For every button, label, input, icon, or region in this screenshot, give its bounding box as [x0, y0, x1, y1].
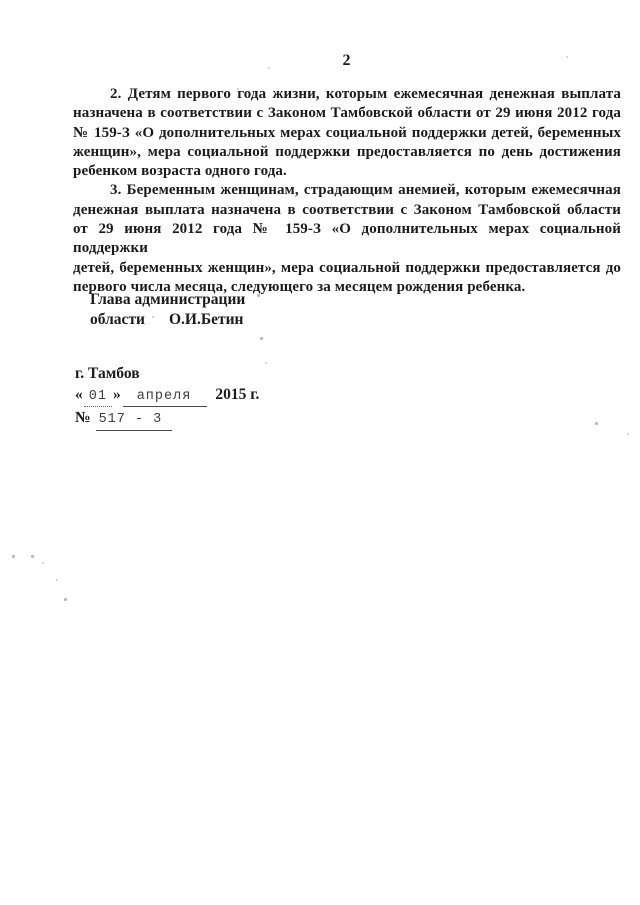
scan-speck — [595, 422, 598, 425]
scan-speck — [260, 337, 263, 340]
close-guillemet: » — [113, 386, 121, 403]
number-sign: № — [75, 409, 91, 426]
text-line: женщин», мера социальной поддержки предо… — [73, 143, 621, 162]
paragraph-3: 3. Беременным женщинам, страдающим анеми… — [73, 181, 621, 297]
scan-speck — [257, 294, 260, 297]
page-number: 2 — [73, 52, 621, 70]
issue-date-line: «01»апреля2015 г. — [75, 385, 259, 408]
document-body: 2. Детям первого года жизни, которым еже… — [73, 85, 621, 297]
scan-speck — [42, 562, 44, 564]
issue-year: 2015 г. — [215, 386, 259, 403]
text-line: 2. Детям первого года жизни, которым еже… — [73, 85, 621, 104]
issue-day-typed: 01 — [84, 387, 112, 408]
text-line: от 29 июня 2012 года № 159-З «О дополнит… — [73, 220, 621, 259]
scan-speck — [627, 433, 629, 435]
issue-city: г. Тамбов — [75, 364, 259, 384]
paragraph-2: 2. Детям первого года жизни, которым еже… — [73, 85, 621, 181]
issue-number-typed: 517 - 3 — [96, 410, 173, 431]
scan-speck — [12, 555, 15, 558]
scan-speck — [152, 316, 154, 318]
scan-speck — [237, 88, 239, 90]
signature-title-line2-row: областиО.И.Бетин — [90, 310, 245, 330]
scanned-document-page: 2 2. Детям первого года жизни, которым е… — [0, 0, 640, 905]
text-line: денежная выплата назначена в соответстви… — [73, 201, 621, 220]
scan-speck — [566, 56, 568, 58]
text-line: 3. Беременным женщинам, страдающим анеми… — [73, 181, 621, 200]
scan-speck — [31, 555, 34, 558]
text-line: назначена в соответствии с Законом Тамбо… — [73, 104, 621, 123]
text-line: детей, беременных женщин», мера социальн… — [73, 259, 621, 278]
open-guillemet: « — [75, 386, 83, 403]
scan-speck — [56, 579, 58, 581]
scan-speck — [268, 67, 270, 69]
issue-month-typed: апреля — [123, 387, 208, 408]
signature-title-line1: Глава администрации — [90, 290, 245, 310]
issue-block: г. Тамбов «01»апреля2015 г. №517 - 3 — [75, 363, 259, 431]
signatory-name: О.И.Бетин — [169, 311, 243, 328]
signature-block: Глава администрации областиО.И.Бетин — [90, 290, 245, 329]
text-line: № 159-З «О дополнительных мерах социальн… — [73, 124, 621, 143]
scan-speck — [64, 598, 67, 601]
text-line: ребенком возраста одного года. — [73, 162, 621, 181]
scan-speck — [265, 362, 267, 364]
issue-number-line: №517 - 3 — [75, 408, 259, 431]
signature-title-line2: области — [90, 311, 145, 328]
